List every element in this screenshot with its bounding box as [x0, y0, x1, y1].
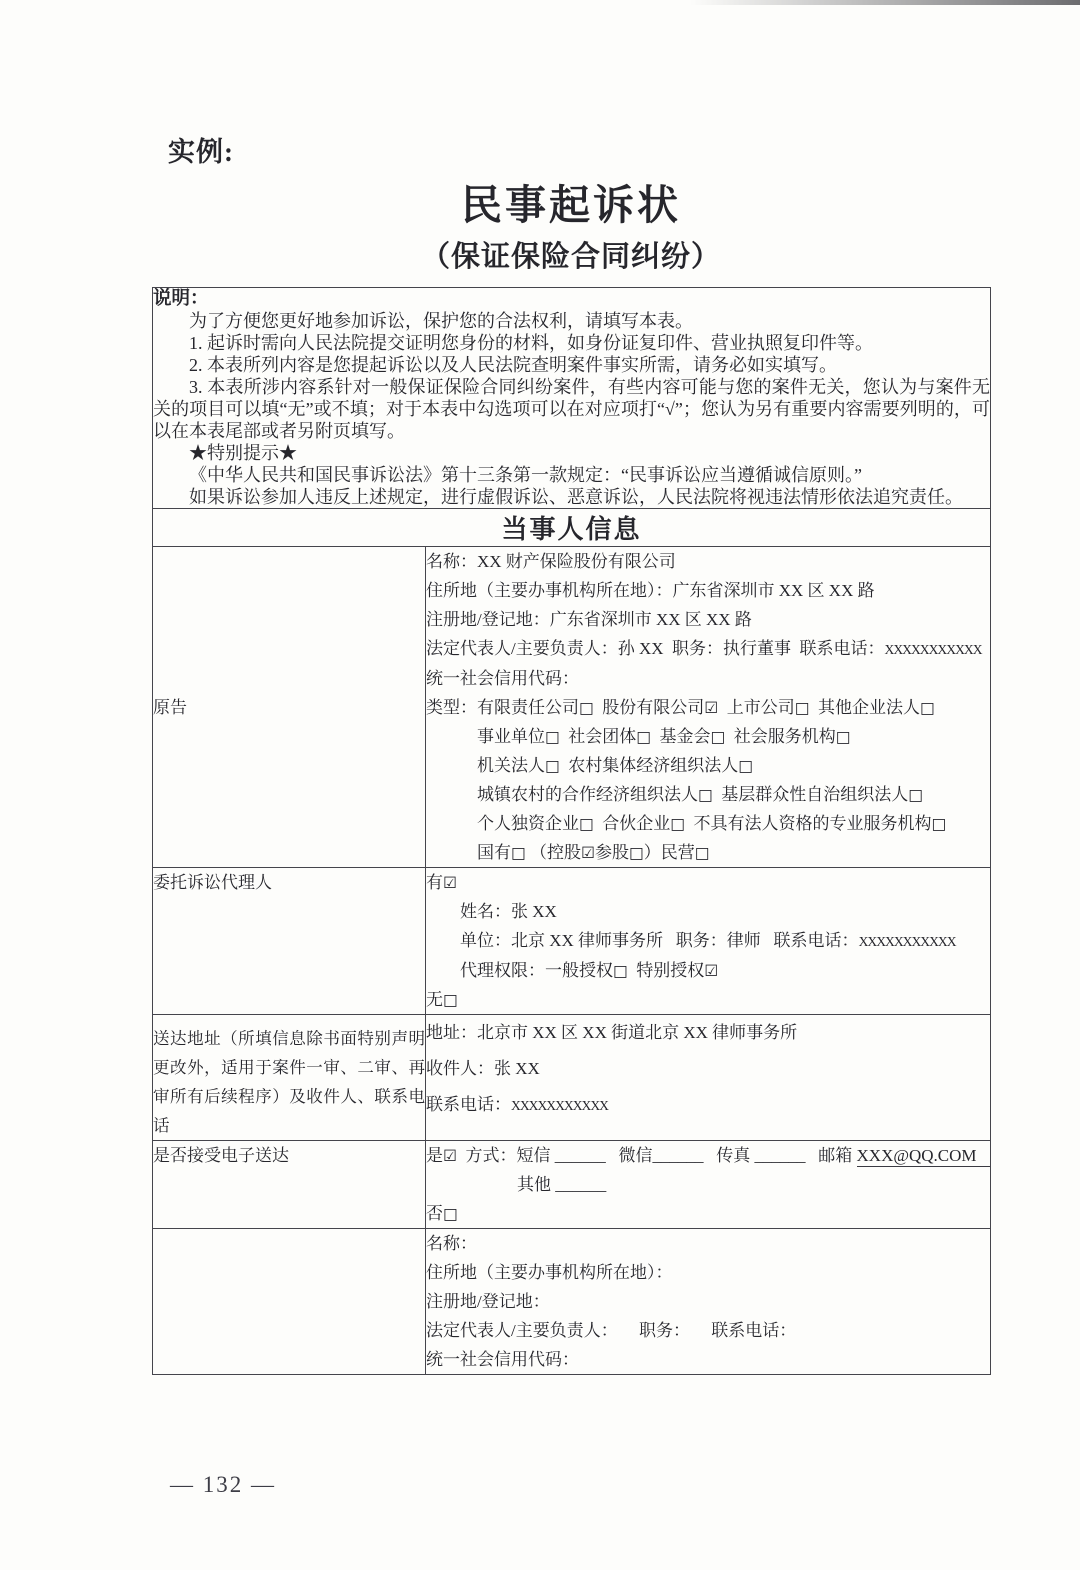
- form-line: 注册地/登记地：广东省深圳市 XX 区 XX 路: [426, 605, 990, 634]
- checkbox-empty-icon: □: [545, 727, 560, 746]
- checkbox-empty-icon: □: [908, 785, 923, 804]
- instructions-cell: 说明： 为了方便您更好地参加诉讼，保护您的合法权利，请填写本表。1. 起诉时需向…: [153, 288, 991, 509]
- table-row-agent: 委托诉讼代理人 有☑姓名：张 XX单位：北京 XX 律师事务所 职务：律师 联系…: [153, 868, 991, 1015]
- form-line: 联系电话：XXXXXXXXXXX: [426, 1087, 990, 1124]
- form-line: 注册地/登记地：: [426, 1287, 990, 1316]
- instruction-paragraph: 3. 本表所涉内容系针对一般保证保险合同纠纷案件，有些内容可能与您的案件无关，您…: [153, 376, 990, 442]
- row-content-defendant: 名称：住所地（主要办事机构所在地）：注册地/登记地：法定代表人/主要负责人： 职…: [426, 1229, 991, 1375]
- form-line: 地址：北京市 XX 区 XX 街道北京 XX 律师事务所: [426, 1015, 990, 1051]
- row-label-agent: 委托诉讼代理人: [153, 868, 426, 1015]
- checkbox-empty-icon: □: [738, 756, 753, 775]
- row-content-e-service: 是☑ 方式：短信 ______ 微信______ 传真 ______ 邮箱 XX…: [426, 1141, 991, 1229]
- form-line: 名称：XX 财产保险股份有限公司: [426, 547, 990, 576]
- form-line: 机关法人□ 农村集体经济组织法人□: [426, 751, 990, 780]
- checkbox-empty-icon: □: [636, 727, 651, 746]
- checkbox-empty-icon: □: [932, 814, 947, 833]
- form-line: 个人独资企业□ 合伙企业□ 不具有法人资格的专业服务机构□: [426, 809, 990, 838]
- form-line: 代理权限：一般授权□ 特别授权☑: [426, 956, 990, 985]
- table-row-instructions: 说明： 为了方便您更好地参加诉讼，保护您的合法权利，请填写本表。1. 起诉时需向…: [153, 288, 991, 509]
- form-line: 统一社会信用代码：: [426, 664, 990, 693]
- checkbox-empty-icon: □: [795, 698, 810, 717]
- table-row-defendant: 名称：住所地（主要办事机构所在地）：注册地/登记地：法定代表人/主要负责人： 职…: [153, 1229, 991, 1375]
- document-title: 民事起诉状: [152, 172, 990, 231]
- instruction-paragraph: 为了方便您更好地参加诉讼，保护您的合法权利，请填写本表。: [153, 310, 990, 332]
- row-content-service-address: 地址：北京市 XX 区 XX 街道北京 XX 律师事务所收件人：张 XX联系电话…: [426, 1015, 991, 1141]
- checkbox-empty-icon: □: [698, 785, 713, 804]
- form-line: 名称：: [426, 1229, 990, 1258]
- table-row-service-address: 送达地址（所填信息除书面特别声明更改外，适用于案件一审、二审、再审所有后续程序）…: [153, 1015, 991, 1141]
- form-line: 法定代表人/主要负责人：孙 XX 职务：执行董事 联系电话：XXXXXXXXXX…: [426, 634, 990, 664]
- placeholder-x-run: XXXXXXXXXXX: [885, 642, 982, 657]
- example-label: 实例:: [168, 130, 234, 169]
- row-label-e-service: 是否接受电子送达: [153, 1141, 426, 1229]
- row-label-plaintiff: 原告: [153, 547, 426, 868]
- checkbox-empty-icon: □: [836, 727, 851, 746]
- form-line: 是☑ 方式：短信 ______ 微信______ 传真 ______ 邮箱 XX…: [426, 1141, 990, 1170]
- checkbox-empty-icon: □: [545, 756, 560, 775]
- checkbox-empty-icon: □: [443, 990, 458, 1009]
- row-content-agent: 有☑姓名：张 XX单位：北京 XX 律师事务所 职务：律师 联系电话：XXXXX…: [426, 868, 991, 1015]
- checkbox-empty-icon: □: [579, 814, 594, 833]
- checkbox-empty-icon: □: [579, 698, 594, 717]
- checkbox-empty-icon: □: [613, 961, 628, 980]
- section-header: 当事人信息: [153, 509, 991, 547]
- checkbox-checked-icon: ☑: [443, 1146, 457, 1165]
- checkbox-checked-icon: ☑: [704, 961, 718, 980]
- form-line: 有☑: [426, 868, 990, 897]
- instruction-paragraph: 如果诉讼参加人违反上述规定，进行虚假诉讼、恶意诉讼，人民法院将视违法情形依法追究…: [153, 486, 990, 508]
- row-content-plaintiff: 名称：XX 财产保险股份有限公司住所地（主要办事机构所在地）：广东省深圳市 XX…: [426, 547, 991, 868]
- checkbox-empty-icon: □: [695, 843, 710, 862]
- party-info-table: 说明： 为了方便您更好地参加诉讼，保护您的合法权利，请填写本表。1. 起诉时需向…: [152, 287, 991, 1375]
- instructions-heading: 说明：: [153, 288, 990, 310]
- form-line: 事业单位□ 社会团体□ 基金会□ 社会服务机构□: [426, 722, 990, 751]
- instruction-paragraph: 2. 本表所列内容是您提起诉讼以及人民法院查明案件事实所需，请务必如实填写。: [153, 354, 990, 376]
- table-row-section-header: 当事人信息: [153, 509, 991, 547]
- scan-artifact: [690, 0, 1080, 5]
- form-line: 城镇农村的合作经济组织法人□ 基层群众性自治组织法人□: [426, 780, 990, 809]
- placeholder-x-run: XXXXXXXXXXX: [859, 934, 956, 949]
- form-line: 其他 ______: [426, 1170, 990, 1199]
- form-line: 无□: [426, 985, 990, 1014]
- row-label-defendant: [153, 1229, 426, 1375]
- document-page: 实例: 民事起诉状 （保证保险合同纠纷） 说明： 为了方便您更好地参加诉讼，保护…: [0, 0, 1080, 1570]
- form-line: 统一社会信用代码：: [426, 1345, 990, 1374]
- checkbox-checked-icon: ☑: [704, 698, 718, 717]
- table-row-plaintiff: 原告 名称：XX 财产保险股份有限公司住所地（主要办事机构所在地）：广东省深圳市…: [153, 547, 991, 868]
- placeholder-x-run: XXXXXXXXXXX: [511, 1098, 608, 1113]
- checkbox-checked-icon: ☑: [443, 873, 457, 892]
- form-line: 法定代表人/主要负责人： 职务： 联系电话：: [426, 1316, 990, 1345]
- checkbox-empty-icon: □: [670, 814, 685, 833]
- form-line: 住所地（主要办事机构所在地）：: [426, 1258, 990, 1287]
- checkbox-empty-icon: □: [711, 727, 726, 746]
- form-line: 单位：北京 XX 律师事务所 职务：律师 联系电话：XXXXXXXXXXX: [426, 926, 990, 956]
- form-line: 收件人：张 XX: [426, 1051, 990, 1087]
- form-line: 类型：有限责任公司□ 股份有限公司☑ 上市公司□ 其他企业法人□: [426, 693, 990, 722]
- instruction-paragraph: 《中华人民共和国民事诉讼法》第十三条第一款规定：“民事诉讼应当遵循诚信原则。”: [153, 464, 990, 486]
- checkbox-empty-icon: □: [920, 698, 935, 717]
- email-value-underlined: XXX@QQ.COM: [857, 1146, 991, 1167]
- document-subtitle: （保证保险合同纠纷）: [152, 234, 990, 275]
- checkbox-empty-icon: □: [629, 843, 644, 862]
- table-row-e-service: 是否接受电子送达 是☑ 方式：短信 ______ 微信______ 传真 ___…: [153, 1141, 991, 1229]
- instruction-paragraph: 1. 起诉时需向人民法院提交证明您身份的材料，如身份证复印件、营业执照复印件等。: [153, 332, 990, 354]
- form-line: 姓名：张 XX: [426, 897, 990, 926]
- instructions-paragraphs: 为了方便您更好地参加诉讼，保护您的合法权利，请填写本表。1. 起诉时需向人民法院…: [153, 310, 990, 508]
- instruction-paragraph: ★特别提示★: [153, 442, 990, 464]
- form-line: 住所地（主要办事机构所在地）：广东省深圳市 XX 区 XX 路: [426, 576, 990, 605]
- form-line: 否□: [426, 1199, 990, 1228]
- row-label-service-address: 送达地址（所填信息除书面特别声明更改外，适用于案件一审、二审、再审所有后续程序）…: [153, 1015, 426, 1141]
- form-line: 国有□ （控股☑参股□）民营□: [426, 838, 990, 867]
- checkbox-checked-icon: ☑: [581, 843, 595, 862]
- checkbox-empty-icon: □: [443, 1204, 458, 1223]
- checkbox-empty-icon: □: [511, 843, 526, 862]
- page-number: — 132 —: [170, 1472, 276, 1498]
